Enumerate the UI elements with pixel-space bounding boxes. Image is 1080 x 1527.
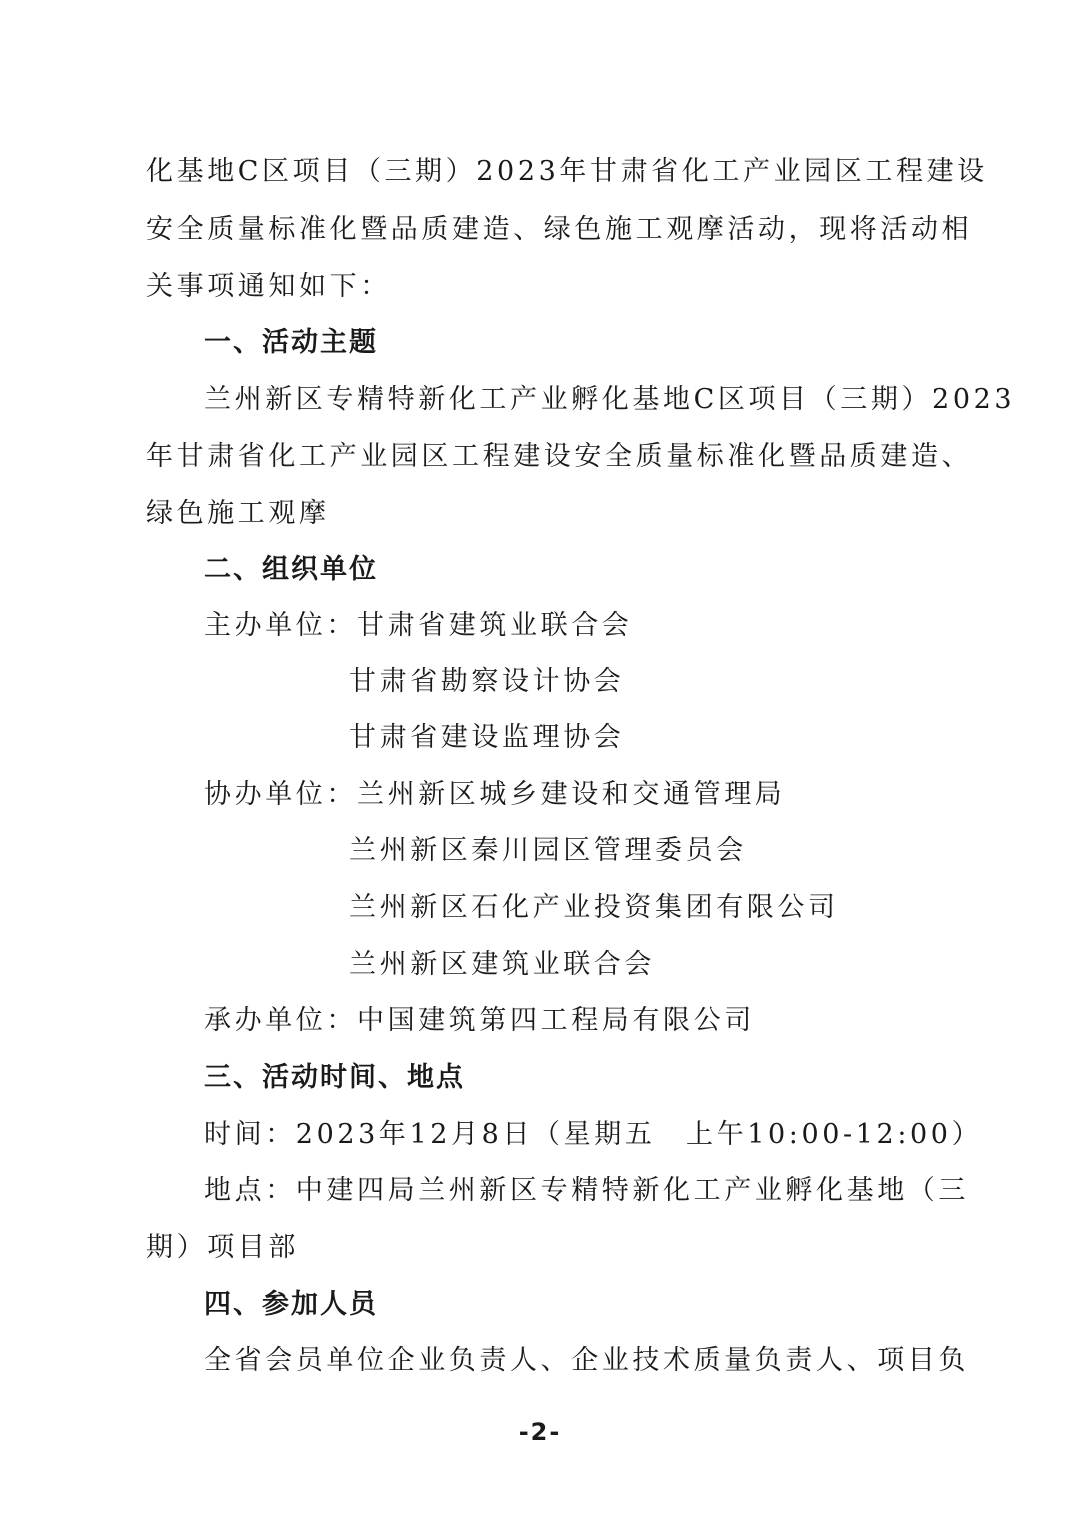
theme-line-2: 年甘肃省化工产业园区工程建设安全质量标准化暨品质建造、: [146, 441, 936, 473]
page-number: -2-: [0, 1418, 1080, 1446]
intro-line-2: 安全质量标准化暨品质建造、绿色施工观摩活动，现将活动相: [146, 214, 936, 246]
organizer-unit-1: 中国建筑第四工程局有限公司: [357, 1005, 755, 1036]
section-heading-time-place: 三、活动时间、地点: [204, 1062, 465, 1094]
co-unit-1: 兰州新区城乡建设和交通管理局: [357, 779, 785, 810]
host-units-label: 主办单位：: [204, 610, 357, 642]
co-unit-2: 兰州新区秦川园区管理委员会: [349, 835, 747, 867]
organizer-units-row: 承办单位：中国建筑第四工程局有限公司: [204, 1005, 755, 1037]
host-units-row: 主办单位：甘肃省建筑业联合会: [204, 610, 632, 642]
organizer-label: 承办单位：: [204, 1005, 357, 1037]
co-units-row: 协办单位：兰州新区城乡建设和交通管理局: [204, 779, 785, 811]
host-unit-2: 甘肃省勘察设计协会: [349, 666, 624, 698]
host-unit-3: 甘肃省建设监理协会: [349, 722, 624, 754]
participants-line-1: 全省会员单位企业负责人、企业技术质量负责人、项目负: [204, 1345, 936, 1377]
intro-line-3: 关事项通知如下：: [146, 271, 391, 303]
co-unit-3: 兰州新区石化产业投资集团有限公司: [349, 892, 839, 924]
document-page: 化基地C区项目（三期）2023年甘肃省化工产业园区工程建设 安全质量标准化暨品质…: [0, 0, 1080, 1527]
section-heading-organizers: 二、组织单位: [204, 554, 378, 586]
place-line-1: 地点：中建四局兰州新区专精特新化工产业孵化基地（三: [204, 1175, 936, 1207]
theme-line-1: 兰州新区专精特新化工产业孵化基地C区项目（三期）2023: [204, 384, 936, 416]
host-unit-1: 甘肃省建筑业联合会: [357, 610, 632, 641]
section-heading-theme: 一、活动主题: [204, 327, 378, 359]
co-units-label: 协办单位：: [204, 779, 357, 811]
theme-line-3: 绿色施工观摩: [146, 498, 330, 530]
time-line: 时间：2023年12月8日（星期五 上午10:00-12:00）: [204, 1119, 982, 1151]
intro-line-1: 化基地C区项目（三期）2023年甘肃省化工产业园区工程建设: [146, 156, 936, 188]
place-line-2: 期）项目部: [146, 1232, 299, 1264]
co-unit-4: 兰州新区建筑业联合会: [349, 949, 655, 981]
section-heading-participants: 四、参加人员: [204, 1289, 378, 1321]
